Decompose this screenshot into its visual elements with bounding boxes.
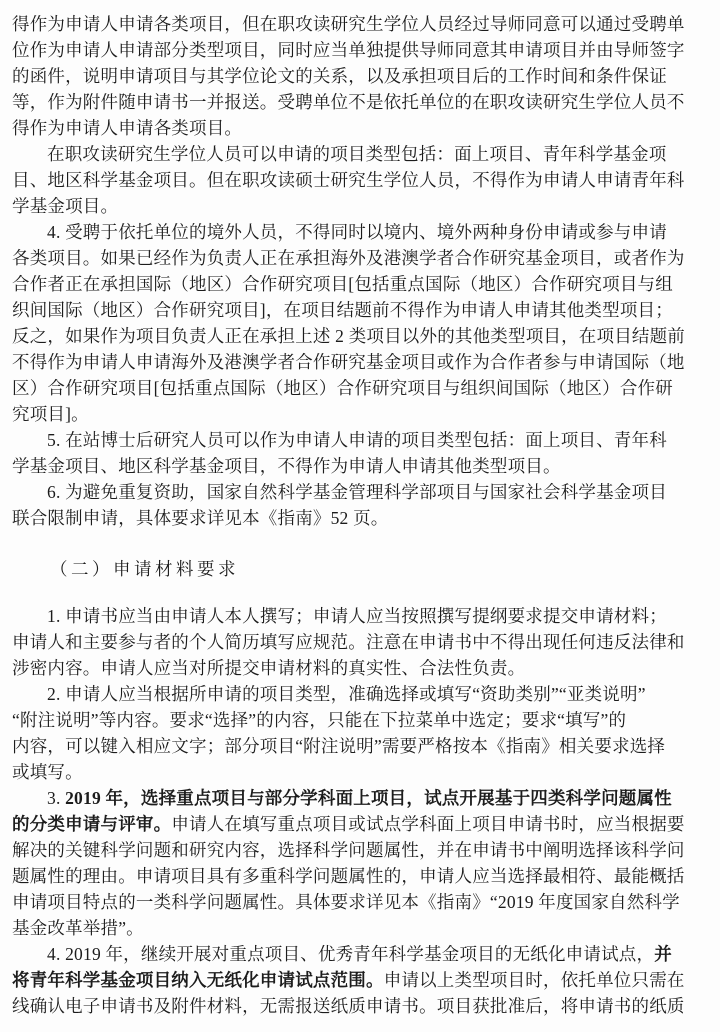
body-text-segment: 在职攻读研究生学位人员可以申请的项目类型包括：面上项目、青年科学基金项 (47, 144, 667, 164)
text-line: 基金改革举措”。 (12, 915, 710, 941)
body-text-segment: 不得作为申请人申请海外及港澳学者合作研究基金项目或作为合作者参与申请国际（地 (12, 352, 685, 372)
body-text-segment: 等，作为附件随申请书一并报送。受聘单位不是依托单位的在职攻读研究生学位人员不 (12, 92, 685, 112)
text-line: 联合限制申请，具体要求详见本《指南》52 页。 (12, 505, 710, 531)
body-text-segment: 解决的关键科学问题和研究内容，选择科学问题属性，并在申请书中阐明选择该科学问 (12, 840, 685, 860)
body-text-segment: 合作者正在承担国际（地区）合作研究项目[包括重点国际（地区）合作研究项目与组 (12, 274, 673, 294)
body-text-segment: 6. 为避免重复资助，国家自然科学基金管理科学部项目与国家社会科学基金项目 (47, 482, 667, 502)
text-line: 目、地区科学基金项目。但在职攻读硕士研究生学位人员，不得作为申请人申请青年科 (12, 167, 710, 193)
text-line: 学基金项目。 (12, 193, 710, 219)
text-line: 在职攻读研究生学位人员可以申请的项目类型包括：面上项目、青年科学基金项 (12, 141, 710, 167)
text-line: 合作者正在承担国际（地区）合作研究项目[包括重点国际（地区）合作研究项目与组 (12, 271, 710, 297)
body-text-segment: 或填写。 (12, 762, 83, 782)
body-text-segment: 学基金项目。 (12, 196, 118, 216)
section-heading: （二）申请材料要求 (12, 556, 710, 582)
body-text-segment: 学基金项目、地区科学基金项目，不得作为申请人申请其他类型项目。 (12, 456, 561, 476)
text-line: 各类项目。如果已经作为负责人正在承担海外及港澳学者合作研究基金项目，或者作为 (12, 245, 710, 271)
text-line: 的分类申请与评审。申请人在填写重点项目或试点学科面上项目申请书时，应当根据要 (12, 811, 710, 837)
text-line: 1. 申请书应当由申请人本人撰写；申请人应当按照撰写提纲要求提交申请材料； (12, 603, 710, 629)
text-line: 6. 为避免重复资助，国家自然科学基金管理科学部项目与国家社会科学基金项目 (12, 479, 710, 505)
body-text-segment: 各类项目。如果已经作为负责人正在承担海外及港澳学者合作研究基金项目，或者作为 (12, 248, 685, 268)
body-text-segment: 究项目]。 (12, 404, 89, 424)
body-text-segment: 4. 受聘于依托单位的境外人员，不得同时以境内、境外两种身份申请或参与申请 (47, 222, 667, 242)
body-text-segment: 位作为申请人申请部分类型项目，同时应当单独提供导师同意其申请项目并由导师签字 (12, 40, 685, 60)
text-line: “附注说明”等内容。要求“选择”的内容，只能在下拉菜单中选定；要求“填写”的 (12, 707, 710, 733)
text-line: 反之，如果作为项目负责人正在承担上述 2 类项目以外的其他类型项目，在项目结题前 (12, 323, 710, 349)
text-line: 得作为申请人申请各类项目。 (12, 115, 710, 141)
text-line: 4. 受聘于依托单位的境外人员，不得同时以境内、境外两种身份申请或参与申请 (12, 219, 710, 245)
body-text-segment: 区）合作研究项目[包括重点国际（地区）合作研究项目与组织间国际（地区）合作研 (12, 378, 673, 398)
body-text-segment: 5. 在站博士后研究人员可以作为申请人申请的项目类型包括：面上项目、青年科 (47, 430, 667, 450)
text-line: 线确认电子申请书及附件材料，无需报送纸质申请书。项目获批准后，将申请书的纸质 (12, 993, 710, 1019)
bold-text-segment: 将青年科学基金项目纳入无纸化申请试点范围。 (12, 970, 384, 990)
text-line: 区）合作研究项目[包括重点国际（地区）合作研究项目与组织间国际（地区）合作研 (12, 375, 710, 401)
text-line: 究项目]。 (12, 401, 710, 427)
text-line: 解决的关键科学问题和研究内容，选择科学问题属性，并在申请书中阐明选择该科学问 (12, 837, 710, 863)
body-text-segment: 1. 申请书应当由申请人本人撰写；申请人应当按照撰写提纲要求提交申请材料； (47, 606, 667, 626)
body-text-segment: 内容，可以键入相应文字；部分项目“附注说明”需要严格按本《指南》相关要求选择 (12, 736, 665, 756)
text-line: 学基金项目、地区科学基金项目，不得作为申请人申请其他类型项目。 (12, 453, 710, 479)
text-line: 2. 申请人应当根据所申请的项目类型，准确选择或填写“资助类别”“亚类说明” (12, 681, 710, 707)
body-text-segment: 申请项目特点的一类科学问题属性。具体要求详见本《指南》“2019 年度国家自然科… (12, 892, 680, 912)
text-line: 申请人和主要参与者的个人简历填写应规范。注意在申请书中不得出现任何违反法律和 (12, 629, 710, 655)
body-text-segment: 3. (47, 788, 65, 808)
body-text-segment: 申请人和主要参与者的个人简历填写应规范。注意在申请书中不得出现任何违反法律和 (12, 632, 685, 652)
text-line: 3. 2019 年，选择重点项目与部分学科面上项目，试点开展基于四类科学问题属性 (12, 785, 710, 811)
body-text-segment: 申请以上类型项目时，依托单位只需在 (384, 970, 685, 990)
bold-text-segment: 2019 年，选择重点项目与部分学科面上项目，试点开展基于四类科学问题属性 (65, 788, 672, 808)
text-block-upper: 得作为申请人申请各类项目，但在职攻读研究生学位人员经过导师同意可以通过受聘单位作… (12, 11, 710, 531)
body-text-segment: 织间国际（地区）合作研究项目]，在项目结题前不得作为申请人申请其他类型项目； (12, 300, 673, 320)
text-line: 题属性的理由。申请项目具有多重科学问题属性的，申请人应当选择最相符、最能概括 (12, 863, 710, 889)
body-text-segment: 涉密内容。申请人应当对所提交申请材料的真实性、合法性负责。 (12, 658, 525, 678)
text-line: 织间国际（地区）合作研究项目]，在项目结题前不得作为申请人申请其他类型项目； (12, 297, 710, 323)
body-text-segment: 目、地区科学基金项目。但在职攻读硕士研究生学位人员，不得作为申请人申请青年科 (12, 170, 685, 190)
text-line: 等，作为附件随申请书一并报送。受聘单位不是依托单位的在职攻读研究生学位人员不 (12, 89, 710, 115)
body-text-segment: 联合限制申请，具体要求详见本《指南》52 页。 (12, 508, 388, 528)
body-text-segment: 线确认电子申请书及附件材料，无需报送纸质申请书。项目获批准后，将申请书的纸质 (12, 996, 685, 1016)
body-text-segment: 4. 2019 年，继续开展对重点项目、优秀青年科学基金项目的无纸化申请试点， (47, 944, 654, 964)
text-line: 或填写。 (12, 759, 710, 785)
body-text-segment: 基金改革举措”。 (12, 918, 144, 938)
body-text-segment: 得作为申请人申请各类项目，但在职攻读研究生学位人员经过导师同意可以通过受聘单 (12, 14, 685, 34)
body-text-segment: 申请人在填写重点项目或试点学科面上项目申请书时，应当根据要 (171, 814, 684, 834)
body-text-segment: 的函件，说明申请项目与其学位论文的关系，以及承担项目后的工作时间和条件保证 (12, 66, 667, 86)
text-line: 得作为申请人申请各类项目，但在职攻读研究生学位人员经过导师同意可以通过受聘单 (12, 11, 710, 37)
text-line: 申请项目特点的一类科学问题属性。具体要求详见本《指南》“2019 年度国家自然科… (12, 889, 710, 915)
text-line: 4. 2019 年，继续开展对重点项目、优秀青年科学基金项目的无纸化申请试点，并 (12, 941, 710, 967)
bold-text-segment: 的分类申请与评审。 (12, 814, 171, 834)
text-block-lower: 1. 申请书应当由申请人本人撰写；申请人应当按照撰写提纲要求提交申请材料；申请人… (12, 603, 710, 1019)
body-text-segment: 得作为申请人申请各类项目。 (12, 118, 242, 138)
document-page: 得作为申请人申请各类项目，但在职攻读研究生学位人员经过导师同意可以通过受聘单位作… (0, 0, 720, 1032)
body-text-segment: 2. 申请人应当根据所申请的项目类型，准确选择或填写“资助类别”“亚类说明” (47, 684, 646, 704)
bold-text-segment: 并 (654, 944, 672, 964)
body-text-segment: “附注说明”等内容。要求“选择”的内容，只能在下拉菜单中选定；要求“填写”的 (12, 710, 626, 730)
text-line: 5. 在站博士后研究人员可以作为申请人申请的项目类型包括：面上项目、青年科 (12, 427, 710, 453)
text-line: 将青年科学基金项目纳入无纸化申请试点范围。申请以上类型项目时，依托单位只需在 (12, 967, 710, 993)
text-line: 不得作为申请人申请海外及港澳学者合作研究基金项目或作为合作者参与申请国际（地 (12, 349, 710, 375)
text-line: 位作为申请人申请部分类型项目，同时应当单独提供导师同意其申请项目并由导师签字 (12, 37, 710, 63)
text-line: 内容，可以键入相应文字；部分项目“附注说明”需要严格按本《指南》相关要求选择 (12, 733, 710, 759)
body-text-segment: 题属性的理由。申请项目具有多重科学问题属性的，申请人应当选择最相符、最能概括 (12, 866, 685, 886)
text-line: 的函件，说明申请项目与其学位论文的关系，以及承担项目后的工作时间和条件保证 (12, 63, 710, 89)
body-text-segment: 反之，如果作为项目负责人正在承担上述 2 类项目以外的其他类型项目，在项目结题前 (12, 326, 685, 346)
text-line: 涉密内容。申请人应当对所提交申请材料的真实性、合法性负责。 (12, 655, 710, 681)
